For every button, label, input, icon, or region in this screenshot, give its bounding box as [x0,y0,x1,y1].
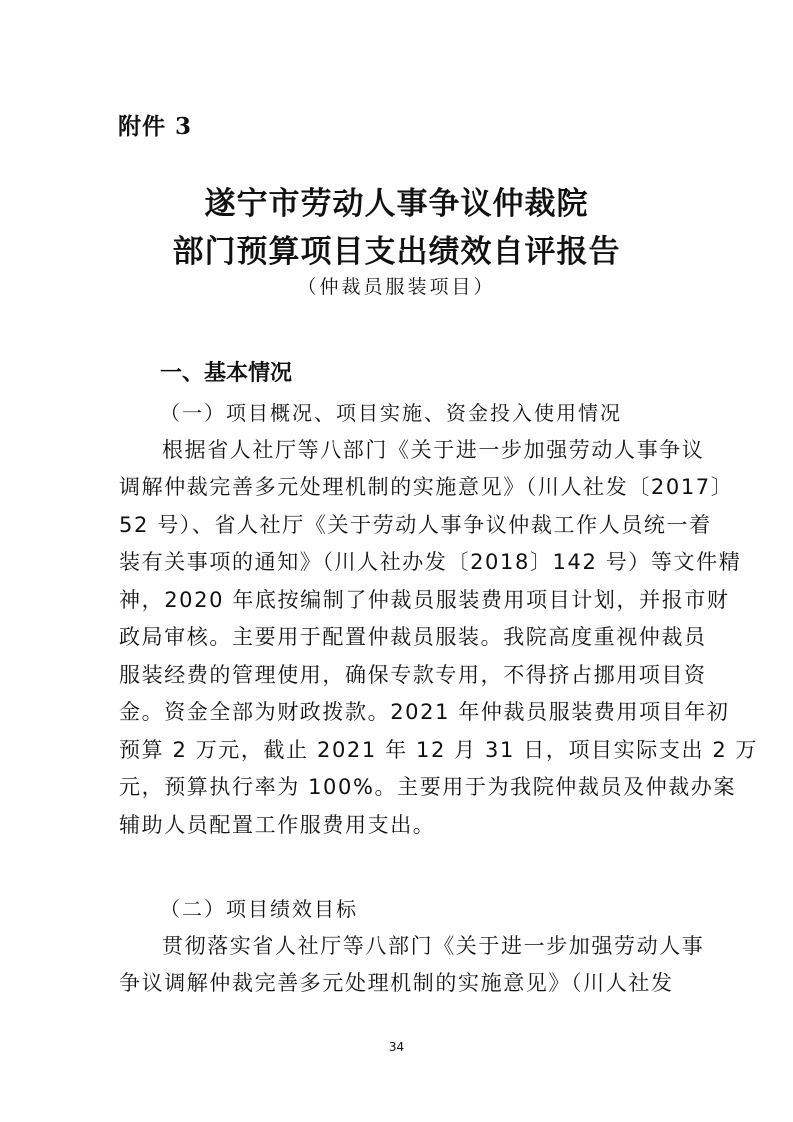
document-subtitle: （仲裁员服装项目） [0,272,793,299]
paragraph-line: 政局审核。主要用于配置仲裁员服装。我院高度重视仲裁员 [119,624,679,650]
section-heading-basic-info: 一、基本情况 [160,356,292,387]
paragraph-line: 贯彻落实省人社厅等八部门《关于进一步加强劳动人事 [162,933,722,959]
document-title-line-1: 遂宁市劳动人事争议仲裁院 [0,178,793,223]
paragraph-line: 52 号）、省人社厅《关于劳动人事争议仲裁工作人员统一着 [119,512,679,538]
paragraph-line: 根据省人社厅等八部门《关于进一步加强劳动人事争议 [162,437,722,463]
document-title-line-2: 部门预算项目支出绩效自评报告 [0,226,793,271]
paragraph-line: 神，2020 年底按编制了仲裁员服装费用项目计划，并报市财 [119,587,679,613]
paragraph-line: 服装经费的管理使用，确保专款专用，不得挤占挪用项目资 [119,662,679,688]
subsection-heading-overview: （一）项目概况、项目实施、资金投入使用情况 [160,397,622,426]
paragraph-line: 元，预算执行率为 100%。主要用于为我院仲裁员及仲裁办案 [119,774,679,800]
paragraph-line: 辅助人员配置工作服费用支出。 [119,812,679,838]
paragraph-line: 装有关事项的通知》（川人社办发〔2018〕142 号）等文件精 [119,549,679,575]
subsection-heading-performance-goals: （二）项目绩效目标 [160,893,358,922]
document-page: 附件 3 遂宁市劳动人事争议仲裁院 部门预算项目支出绩效自评报告 （仲裁员服装项… [0,0,793,1122]
attachment-label: 附件 3 [118,108,192,141]
paragraph-line: 预算 2 万元，截止 2021 年 12 月 31 日，项目实际支出 2 万 [119,737,679,763]
paragraph-line: 调解仲裁完善多元处理机制的实施意见》（川人社发〔2017〕 [119,474,679,500]
paragraph-line: 争议调解仲裁完善多元处理机制的实施意见》（川人社发 [119,970,679,996]
page-number: 34 [0,1040,793,1054]
paragraph-line: 金。资金全部为财政拨款。2021 年仲裁员服装费用项目年初 [119,699,679,725]
